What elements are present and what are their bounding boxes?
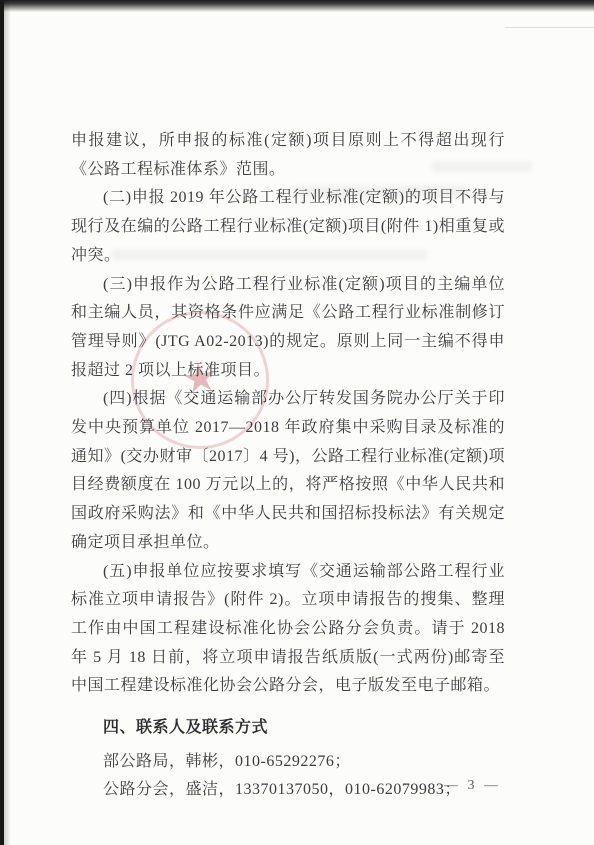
paragraph-item-2: (二)申报 2019 年公路工程行业标准(定额)的项目不得与现行及在编的公路工程… [71,184,505,270]
scan-edge-top [0,0,594,12]
scan-artifact-line [505,27,594,28]
page-number: — 3 — [444,778,501,794]
scanned-document-page: ★ 申报建议，所申报的标准(定额)项目原则上不得超出现行《公路工程标准体系》范围… [0,0,594,845]
paragraph-continuation: 申报建议，所申报的标准(定额)项目原则上不得超出现行《公路工程标准体系》范围。 [71,127,505,184]
section-heading-contacts: 四、联系人及联系方式 [71,714,505,743]
paragraph-item-5: (五)申报单位应按要求填写《交通运输部公路工程行业标准立项申请报告》(附件 2)… [71,558,505,702]
paragraph-item-3: (三)申报作为公路工程行业标准(定额)项目的主编单位和主编人员，其资格条件应满足… [71,271,505,386]
contact-line-highway-subassociation: 公路分会，盛洁，13370137050，010-62079983； [71,776,505,805]
paragraph-item-4: (四)根据《交通运输部办公厅转发国务院办公厅关于印发中央预算单位 2017—20… [71,385,505,557]
document-body: 申报建议，所申报的标准(定额)项目原则上不得超出现行《公路工程标准体系》范围。 … [71,127,505,805]
scan-edge-left-shadow [4,0,11,845]
contact-line-highway-bureau: 部公路局，韩彬，010-65292276； [71,748,505,777]
